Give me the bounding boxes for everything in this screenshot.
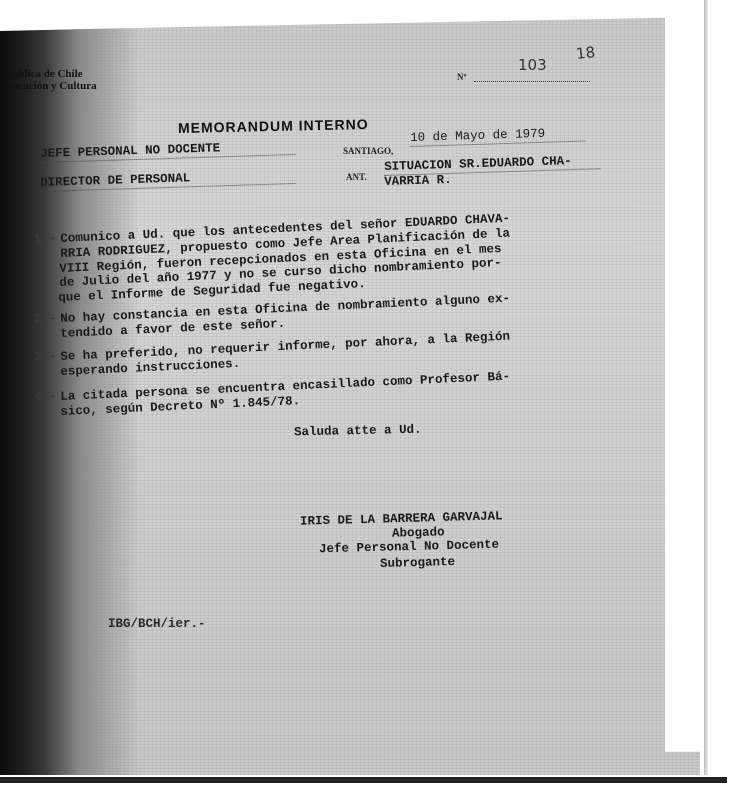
paragraph-number: 2.-: [34, 312, 57, 327]
reference-initials: IBG/BCH/ier.-: [108, 617, 206, 632]
city-label: SANTIAGO,: [343, 146, 393, 156]
paragraph-number: 3.-: [34, 350, 57, 365]
page-bottom-shadow: [0, 777, 727, 783]
letterhead-line-2: ...ucación y Cultura: [4, 80, 97, 92]
letterhead-line-1: ...ública de Chile: [4, 68, 83, 80]
paragraph-number: 1.-: [34, 232, 57, 247]
ant-line-2: VARRIA R.: [384, 173, 452, 190]
number-label: Nº: [457, 72, 466, 82]
handwritten-annotation: 18: [575, 43, 596, 63]
number-line: [474, 80, 590, 82]
memo-number: 103: [518, 56, 547, 74]
page-right-edge: [704, 0, 708, 775]
ant-label: ANT.: [346, 172, 367, 182]
paragraph-number: 4.-: [34, 390, 57, 405]
signature-title-3: Subrogante: [380, 555, 455, 571]
closing: Saluda atte a Ud.: [294, 423, 422, 440]
